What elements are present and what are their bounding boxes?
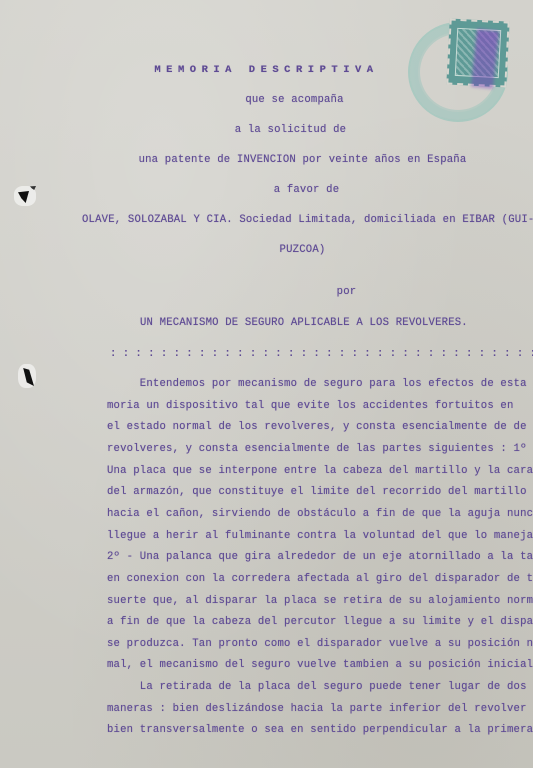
header-line-3: una patente de INVENCION por veinte años… [0, 154, 533, 166]
body-line: el estado normal de los revolveres, y co… [107, 421, 533, 433]
header-line-2: a la solicitud de [0, 124, 533, 136]
body-line: La retirada de la placa del seguro puede… [107, 681, 527, 693]
applicant-line: OLAVE, SOLOZABAL Y CIA. Sociedad Limitad… [82, 214, 533, 226]
body-line: suerte que, al disparar la placa se reti… [107, 595, 533, 607]
body-line: hacia el cañon, sirviendo de obstáculo a… [107, 508, 533, 520]
body-line: 2º - Una palanca que gira alrededor de u… [107, 551, 533, 563]
invention-title: UN MECANISMO DE SEGURO APLICABLE A LOS R… [140, 317, 468, 329]
body-line: maneras : bien deslizándose hacia la par… [107, 703, 533, 715]
document-title: MEMORIA DESCRIPTIVA [0, 64, 533, 76]
document-page: MEMORIA DESCRIPTIVA que se acompaña a la… [0, 0, 533, 768]
section-divider: : : : : : : : : : : : : : : : : : : : : … [110, 348, 533, 360]
body-line: moria un dispositivo tal que evite los a… [107, 400, 514, 412]
body-line: Una placa que se interpone entre la cabe… [107, 465, 533, 477]
body-line: en conexion con la corredera afectada al… [107, 573, 533, 585]
body-line: mal, el mecanismo del seguro vuelve tamb… [107, 659, 533, 671]
header-line-4: a favor de [0, 184, 533, 196]
body-line: llegue a herir al fulminante contra la v… [107, 530, 533, 542]
body-line: Entendemos por mecanismo de seguro para … [107, 378, 533, 390]
body-line: revolveres, y consta esencialmente de la… [107, 443, 533, 455]
body-line: del armazón, que constituye el limite de… [107, 486, 527, 498]
body-line: se produzca. Tan pronto como el disparad… [107, 638, 533, 650]
header-line-1: que se acompaña [0, 94, 533, 106]
body-line: bien transversalmente o sea en sentido p… [107, 724, 533, 736]
body-line: a fin de que la cabeza del percutor lleg… [107, 616, 533, 628]
applicant-line-cont: PUZCOA) [0, 244, 533, 256]
header-line-por: por [0, 286, 533, 298]
